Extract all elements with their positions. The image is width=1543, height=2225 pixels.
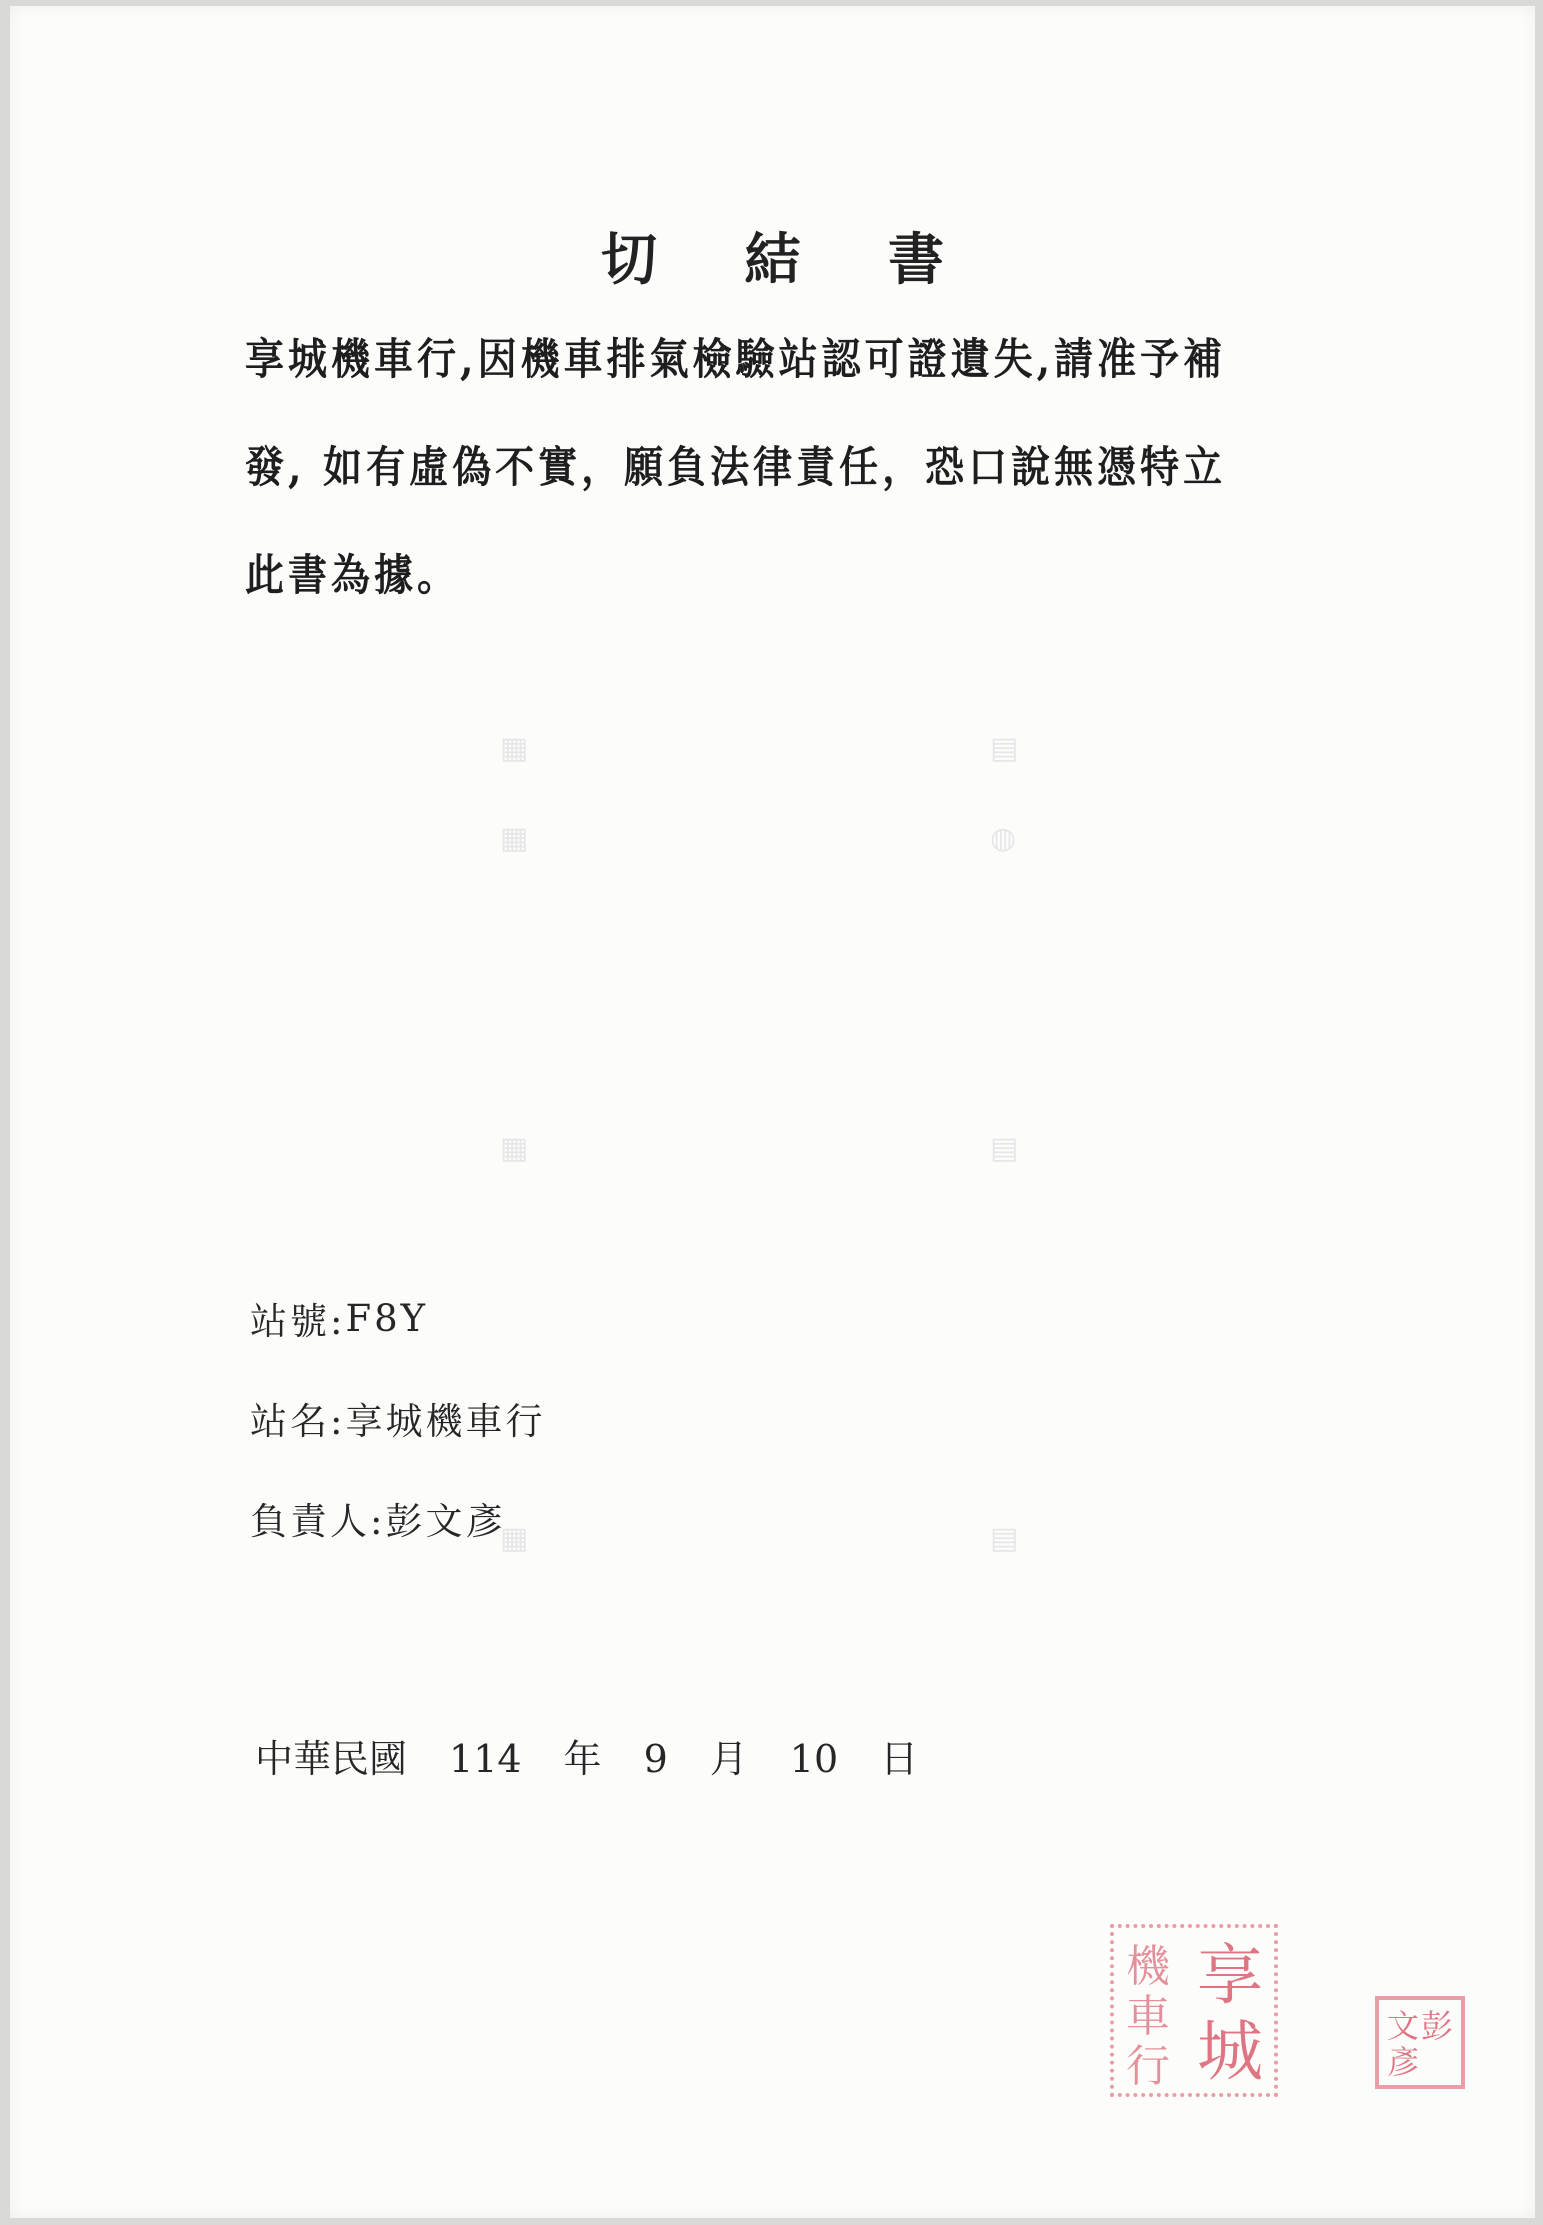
owner-value: 彭文彥 — [385, 1491, 505, 1545]
station-name-row: 站名: 享城機車行 — [250, 1368, 545, 1468]
date-era: 中華民國 — [255, 1737, 407, 1781]
background-ghost-mark: ◍ — [990, 821, 1018, 856]
station-code-value: F8Y — [345, 1297, 428, 1340]
owner-row: 負責人: 彭文彥 — [250, 1468, 545, 1568]
station-code-label: 站號: — [250, 1291, 345, 1345]
date-month-unit: 月 — [710, 1737, 748, 1781]
shop-seal-left-text: 機車行 — [1122, 1942, 1174, 2092]
date-year: 114 — [449, 1737, 522, 1781]
background-ghost-mark: ▦ — [500, 731, 530, 766]
shop-seal-stamp: 享城 機車行 — [1110, 1924, 1278, 2097]
body-line-2: 發, 如有虛偽不實，願負法律責任，恐口說無憑特立 — [245, 414, 1325, 522]
station-name-value: 享城機車行 — [345, 1391, 545, 1445]
background-ghost-mark: ▤ — [990, 1131, 1020, 1166]
affidavit-body: 享城機車行,因機車排氣檢驗站認可證遺失,請准予補 發, 如有虛偽不實，願負法律責… — [245, 306, 1325, 629]
scanned-paper: ▦ ▦ ▤ ◍ ▦ ▤ ▦ ▤ 切 結 書 享城機車行,因機車排氣檢驗站認可證遺… — [10, 6, 1535, 2218]
date-year-unit: 年 — [564, 1737, 602, 1781]
station-info: 站號: F8Y 站名: 享城機車行 負責人: 彭文彥 — [250, 1268, 545, 1568]
date-day: 10 — [790, 1737, 838, 1781]
shop-seal-right-text: 享城 — [1194, 1938, 1266, 2090]
document-date: 中華民國114年9月10日 — [255, 1728, 960, 1783]
background-ghost-mark: ▤ — [990, 731, 1020, 766]
document-title: 切 結 書 — [10, 216, 1535, 296]
background-ghost-mark: ▦ — [500, 821, 530, 856]
background-ghost-mark: ▦ — [500, 1131, 530, 1166]
station-code-row: 站號: F8Y — [250, 1268, 545, 1368]
body-line-3: 此書為據。 — [245, 522, 1325, 630]
owner-label: 負責人: — [250, 1491, 385, 1545]
owner-seal-stamp: 彭 文彥 — [1375, 1996, 1465, 2089]
body-line-1: 享城機車行,因機車排氣檢驗站認可證遺失,請准予補 — [245, 306, 1325, 414]
background-ghost-mark: ▤ — [990, 1521, 1020, 1556]
date-day-unit: 日 — [880, 1737, 918, 1781]
station-name-label: 站名: — [250, 1391, 345, 1445]
owner-seal-right-text: 彭 — [1419, 2008, 1455, 2044]
date-month: 9 — [644, 1737, 668, 1781]
owner-seal-left-text: 文彥 — [1385, 2008, 1421, 2080]
